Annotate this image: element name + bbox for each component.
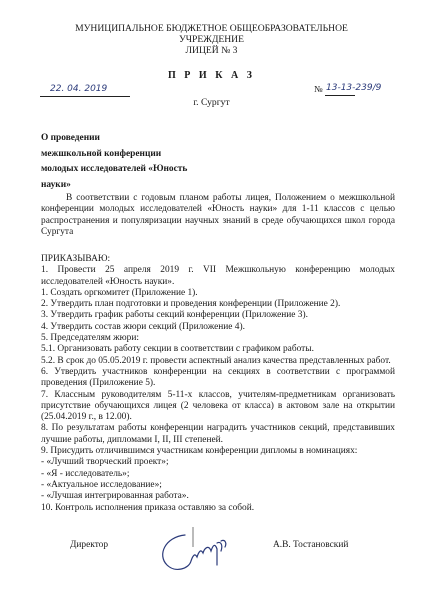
organization-header: МУНИЦИПАЛЬНОЕ БЮДЖЕТНОЕ ОБЩЕОБРАЗОВАТЕЛЬ… (0, 23, 423, 56)
subject-line-4: науки» (41, 178, 187, 194)
intro-paragraph: В соответствии с годовым планом работы л… (41, 193, 395, 238)
document-type-title: П Р И К А З (0, 70, 423, 81)
orders-heading: ПРИКАЗЫВАЮ: (41, 254, 395, 265)
city: г. Сургут (0, 97, 423, 108)
nomination-item: - «Актуальное исследование»; (41, 480, 395, 491)
signatory-position: Директор (70, 540, 108, 550)
order-item: 10. Контроль исполнения приказа оставляю… (41, 503, 395, 514)
subject-line-1: О проведении (41, 131, 187, 147)
number-underline (325, 95, 355, 96)
order-subject: О проведении межшкольной конференции мол… (41, 131, 187, 193)
subject-line-2: межшкольной конференции (41, 147, 187, 163)
handwritten-order-number: 13-13-239/9 (326, 83, 381, 93)
order-item: 5.1. Организовать работу секции в соотве… (41, 344, 395, 355)
org-line-3: ЛИЦЕЙ № 3 (0, 45, 423, 56)
nomination-item: - «Лучший творческий проект»; (41, 457, 395, 468)
order-item: 1. Провести 25 апреля 2019 г. VII Межшко… (41, 265, 395, 288)
order-item: 6. Утвердить участников конференции на с… (41, 367, 395, 390)
orders-section: ПРИКАЗЫВАЮ: 1. Провести 25 апреля 2019 г… (41, 254, 395, 514)
order-item: 4. Утвердить состав жюри секций (Приложе… (41, 322, 395, 333)
handwritten-date: 22. 04. 2019 (50, 84, 107, 94)
org-line-1: МУНИЦИПАЛЬНОЕ БЮДЖЕТНОЕ ОБЩЕОБРАЗОВАТЕЛЬ… (0, 23, 423, 34)
subject-line-3: молодых исследователей «Юность (41, 162, 187, 178)
order-item: 2. Утвердить план подготовки и проведени… (41, 299, 395, 310)
document-page: МУНИЦИПАЛЬНОЕ БЮДЖЕТНОЕ ОБЩЕОБРАЗОВАТЕЛЬ… (0, 0, 423, 598)
number-label: № (314, 84, 323, 94)
nomination-item: - «Я - исследователь»; (41, 469, 395, 480)
signatory-name: А.В. Тостановский (273, 540, 348, 550)
order-item: 9. Присудить отличившимся участникам кон… (41, 446, 395, 457)
org-line-2: УЧРЕЖДЕНИЕ (0, 34, 423, 45)
nomination-item: - «Лучшая интегрированная работа». (41, 491, 395, 502)
date-field: 22. 04. 2019 (40, 85, 130, 97)
handwritten-signature-icon (155, 525, 245, 575)
order-item: 5.2. В срок до 05.05.2019 г. провести ас… (41, 356, 395, 367)
order-item: 8. По результатам работы конференции наг… (41, 423, 395, 446)
order-item: 3. Утвердить график работы секций конфер… (41, 310, 395, 321)
order-item: 5. Председателям жюри: (41, 333, 395, 344)
order-item: 7. Классным руководителям 5-11-х классов… (41, 390, 395, 424)
order-item: 1. Создать оргкомитет (Приложение 1). (41, 288, 395, 299)
